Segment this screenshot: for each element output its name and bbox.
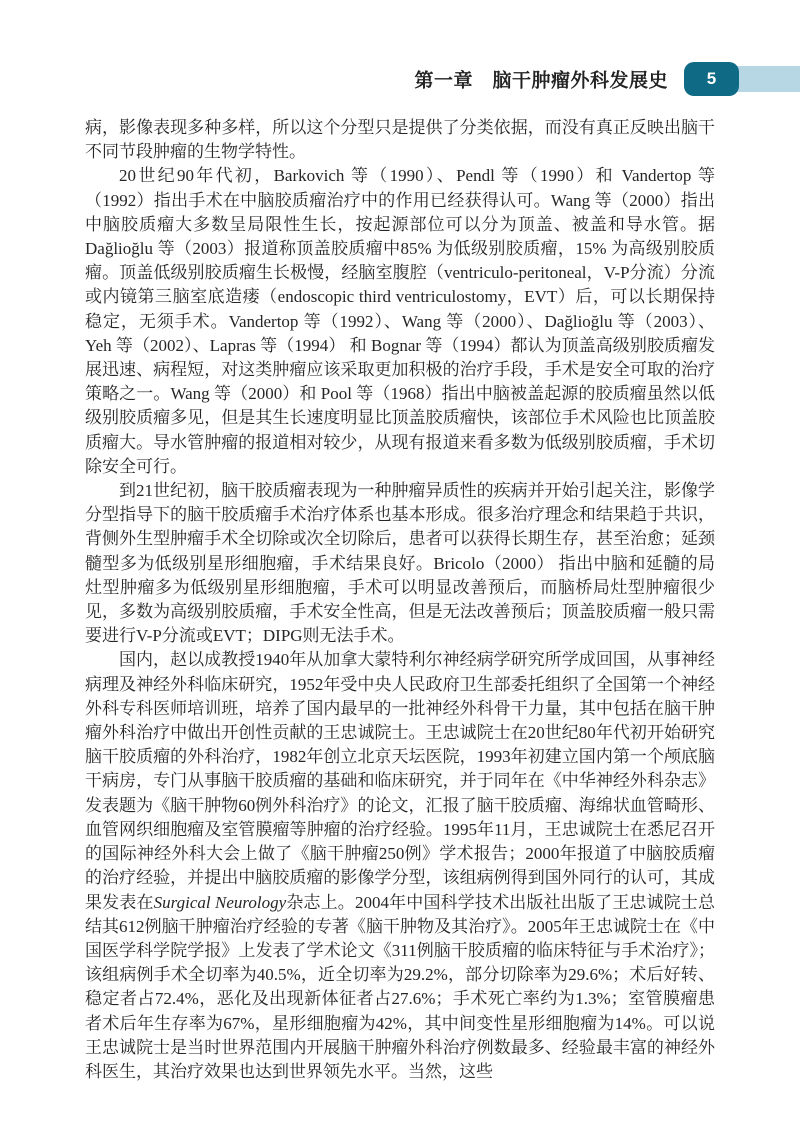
text-run: 病，影像表现多种多样，所以这个分型只是提供了分类依据，而没有真正反映出脑干不同节… xyxy=(85,118,715,161)
paragraph: 病，影像表现多种多样，所以这个分型只是提供了分类依据，而没有真正反映出脑干不同节… xyxy=(85,116,715,164)
page-number-badge: 5 xyxy=(684,62,739,96)
paragraph: 到21世纪初，脑干胶质瘤表现为一种肿瘤异质性的疾病并开始引起关注，影像学分型指导… xyxy=(85,479,715,648)
page-number: 5 xyxy=(707,69,716,89)
text-run: 20世纪90年代初，Barkovich 等（1990）、Pendl 等（1990… xyxy=(85,166,715,475)
text-run: 到21世纪初，脑干胶质瘤表现为一种肿瘤异质性的疾病并开始引起关注，影像学分型指导… xyxy=(85,481,715,645)
body-text: 病，影像表现多种多样，所以这个分型只是提供了分类依据，而没有真正反映出脑干不同节… xyxy=(85,116,715,1084)
text-run: 国内，赵以成教授1940年从加拿大蒙特利尔神经病学研究所学成回国，从事神经病理及… xyxy=(85,650,715,911)
paragraph: 国内，赵以成教授1940年从加拿大蒙特利尔神经病学研究所学成回国，从事神经病理及… xyxy=(85,648,715,1084)
paragraph: 20世纪90年代初，Barkovich 等（1990）、Pendl 等（1990… xyxy=(85,164,715,479)
page-header: 第一章 脑干肿瘤外科发展史 5 xyxy=(0,62,800,96)
book-page: { "header": { "chapter_title": "第一章 脑干肿瘤… xyxy=(0,0,800,1146)
journal-name-italic: Surgical Neurology xyxy=(154,893,287,912)
text-run: 杂志上。2004年中国科学技术出版社出版了王忠诚院士总结其612例脑干肿瘤治疗经… xyxy=(85,893,715,1081)
chapter-title: 第一章 脑干肿瘤外科发展史 xyxy=(414,66,668,93)
